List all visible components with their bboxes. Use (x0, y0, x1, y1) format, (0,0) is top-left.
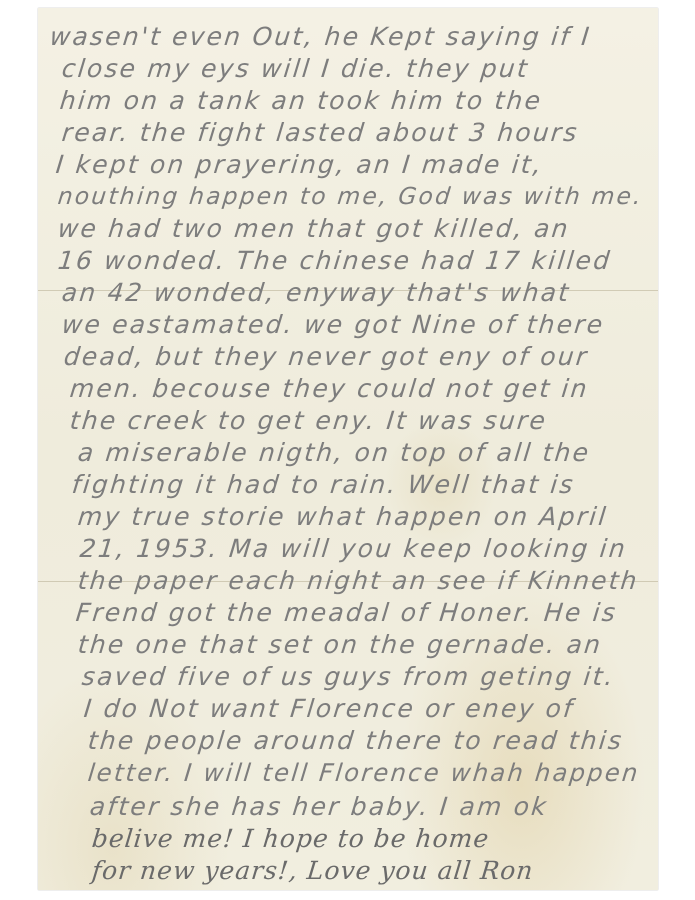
letter-line: rear. the fight lasted about 3 hours (60, 118, 580, 147)
letter-line: a miserable nigth, on top of all the (76, 438, 591, 467)
letter-line: 21, 1953. Ma will you keep looking in (78, 534, 628, 563)
letter-line: close my eys will I die. they put (60, 54, 530, 83)
letter-line: Frend got the meadal of Honer. He is (74, 598, 618, 627)
letter-line: the people around there to read this (86, 726, 624, 755)
letter-line: him on a tank an took him to the (58, 86, 543, 115)
letter-line: the creek to get eny. It was sure (68, 406, 548, 435)
letter-line: after she has her baby. I am ok (88, 792, 549, 821)
letter-line: dead, but they never got eny of our (62, 342, 590, 371)
letter-line: fighting it had to rain. Well that is (70, 470, 576, 499)
letter-line: I kept on prayering, an I made it, (54, 150, 544, 179)
letter-line: 16 wonded. The chinese had 17 killed (56, 246, 612, 275)
letter-line: we eastamated. we got Nine of there (60, 310, 606, 339)
letter-line: nouthing happen to me, God was with me. (57, 182, 645, 210)
letter-line: the paper each night an see if Kinneth (76, 566, 640, 595)
letter-body: wasen't even Out, he Kept saying if I cl… (38, 8, 658, 890)
letter-line: the one that set on the gernade. an (76, 630, 603, 659)
letter-signoff: for new years!, Love you all Ron (90, 856, 535, 885)
letter-page: wasen't even Out, he Kept saying if I cl… (38, 8, 658, 890)
letter-line: men. becouse they could not get in (68, 374, 590, 403)
letter-line: we had two men that got killed, an (56, 214, 571, 243)
letter-line: wasen't even Out, he Kept saying if I (48, 22, 592, 51)
letter-line: an 42 wonded, enyway that's what (60, 278, 571, 307)
letter-line: belive me! I hope to be home (90, 824, 490, 853)
letter-line: my true storie what happen on April (76, 502, 609, 531)
letter-line: I do Not want Florence or eney of (82, 694, 575, 723)
letter-line: saved five of us guys from geting it. (80, 662, 616, 691)
letter-line: letter. I will tell Florence whah happen (86, 758, 641, 787)
